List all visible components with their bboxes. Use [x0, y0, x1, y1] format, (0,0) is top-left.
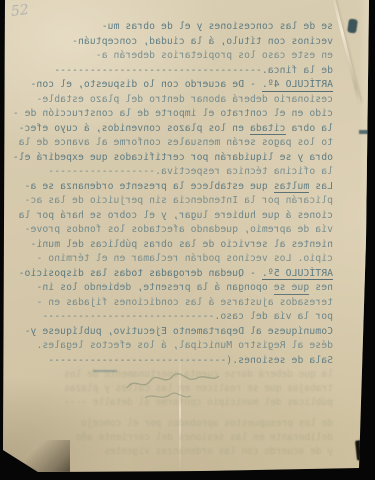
typed-line: dése al Registro Municipal, á los efecto… [8, 339, 333, 354]
ink-mark-right-edge [359, 130, 370, 134]
typed-line: ciones á que hubiere lugar, y el cobro s… [8, 209, 333, 224]
typed-line-segment: plicarán por la Intendencia sin perjuici… [25, 195, 333, 206]
typed-line-segment-underlined: que se [274, 282, 310, 295]
typed-line: en este caso los propietarios deberán a- [8, 49, 333, 64]
typed-line-segment: - Quedan derogadas todas las disposicio- [19, 268, 262, 279]
typed-line-segment: se de las concesiones y el de obras mu- [102, 21, 333, 32]
typed-line-segment: vía de apremio, quedando afectados los f… [25, 224, 333, 235]
typed-line: teresados ajustarse á las condiciones fi… [8, 296, 333, 311]
typed-line-segment: vecinos con título, á la ciudad, concept… [72, 36, 333, 47]
ghost-line: y de acuerdo con las ordenanzas vigentes [8, 445, 333, 459]
typed-line: cesionario deberá abonar dentro del plaz… [8, 93, 333, 108]
typed-line-segment: teresados ajustarse á las condiciones fi… [36, 297, 333, 308]
typed-line-segment: dése al Registro Municipal, á los efecto… [36, 340, 333, 351]
typed-line: de la finca.----------------------------… [8, 64, 333, 79]
typed-line: nientes al servicio de las obras pública… [8, 238, 333, 253]
typed-line-segment: en este caso los propietarios deberán a- [96, 50, 333, 61]
typed-line-segment-underlined: multas [274, 181, 310, 194]
typed-line: vecinos con título, á la ciudad, concept… [8, 35, 333, 50]
typed-line: ARTÍCULO 5º. - Quedan derogadas todas la… [8, 267, 333, 282]
typed-line-segment: obra y se liquidarán por certificados qu… [13, 152, 333, 163]
typed-line: to los pagos serán mensuales conforme al… [8, 136, 333, 151]
ghost-line: públicas del municipio conforme al detal… [8, 396, 333, 410]
typed-line-segment: que establece la presente ordenanza se a… [24, 181, 273, 192]
typed-line: la obra citada en los plazos convenidos,… [8, 122, 333, 137]
typed-line-segment: nes [309, 282, 333, 293]
typed-line-segment: ciones á que hubiere lugar, y el cobro s… [19, 210, 333, 221]
typed-line: obra y se liquidarán por certificados qu… [8, 151, 333, 166]
typed-line-segment: to los pagos serán mensuales conforme al… [19, 137, 333, 148]
ghost-line: la que deberá darse cuenta oportunamente… [8, 368, 333, 382]
typed-line: plicarán por la Intendencia sin perjuici… [8, 194, 333, 209]
typed-line-segment: - De acuerdo con lo dispuesto, el con- [30, 79, 261, 90]
typed-line-segment: cesionario deberá abonar dentro del plaz… [36, 94, 333, 105]
typed-line-segment-underlined: ARTÍCULO 5º. [262, 268, 333, 281]
typed-line-segment: cipio. Los vecinos podrán reclamar en el… [36, 253, 333, 264]
typed-line: Las multas que establece la presente ord… [8, 180, 333, 195]
typed-line: cipio. Los vecinos podrán reclamar en el… [8, 252, 333, 267]
paper-sheet: 52 se de las concesiones y el de obras m… [0, 0, 375, 480]
typed-line: cido en el contrato el importe de la con… [8, 107, 333, 122]
typed-line-segment: Sala de sesiones.(----------------------… [48, 355, 333, 366]
typed-line: Comuníquese al Departamento Ejecutivo, p… [8, 325, 333, 340]
typed-line-segment: de la finca.----------------------------… [54, 65, 333, 76]
typed-line-segment: por la vía del caso.--------------------… [42, 311, 333, 322]
typed-line: se de las concesiones y el de obras mu- [8, 20, 333, 35]
typed-line-segment: cido en el contrato el importe de la con… [13, 108, 333, 119]
typed-line: por la vía del caso.--------------------… [8, 310, 333, 325]
typed-line-segment: Comuníquese al Departamento Ejecutivo, p… [25, 326, 333, 337]
typed-line-segment: la oficina técnica respectiva.----------… [48, 166, 333, 177]
ink-blot-bottom-right [355, 439, 370, 460]
scanned-page: 52 se de las concesiones y el de obras m… [0, 0, 375, 480]
ghost-line: trabajos que se realicen en las calles y… [8, 382, 333, 396]
typed-line-segment-underlined: ARTÍCULO 4º. [262, 79, 333, 92]
typed-line-segment: en los plazos convenidos, á cuyo efec- [19, 123, 250, 134]
typed-line: ARTÍCULO 4º. - De acuerdo con lo dispues… [8, 78, 333, 93]
typed-line-segment: la obra [286, 123, 333, 134]
typed-line-segment: opongan á la presente, debiendo los in- [36, 282, 273, 293]
typed-line: vía de apremio, quedando afectados los f… [8, 223, 333, 238]
typed-line: la oficina técnica respectiva.----------… [8, 165, 333, 180]
typed-line-segment-underlined: citada [250, 123, 286, 136]
pencil-page-number: 52 [10, 2, 30, 20]
ghost-text-block-mirrored: la que deberá darse cuenta oportunamente… [8, 368, 360, 459]
typed-line: nes que se opongan á la presente, debien… [8, 281, 333, 296]
typed-text-block-mirrored: se de las concesiones y el de obras mu-v… [8, 20, 360, 368]
typed-line-segment: nientes al servicio de las obras pública… [30, 239, 333, 250]
ghost-line: de los presupuestos aprobados por el con… [8, 417, 333, 431]
typed-line-segment: Las [309, 181, 333, 192]
ghost-line: deliberante en las sesiones del corrient… [8, 431, 333, 445]
